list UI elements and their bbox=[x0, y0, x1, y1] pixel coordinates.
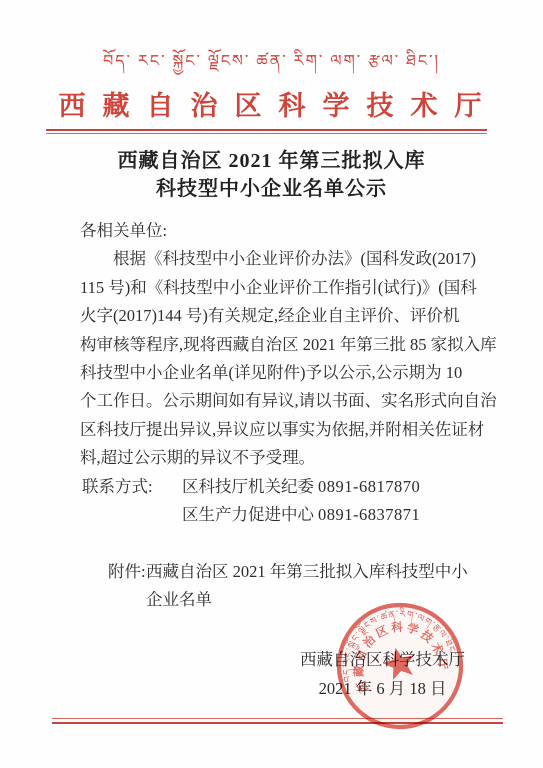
contact-row-1: 联系方式:区科技厅机关纪委0891-6817870 bbox=[80, 473, 480, 501]
signature-date: 2021 年 6 月 18 日 bbox=[300, 675, 465, 704]
body-line: 科技型中小企业名单(详见附件)予以公示,公示期为 10 bbox=[80, 359, 480, 387]
attachment-text: 西藏自治区 2021 年第三批拟入库科技型中小 企业名单 bbox=[146, 558, 468, 615]
document-title-line1: 西藏自治区 2021 年第三批拟入库 bbox=[0, 148, 543, 176]
body-line: 料,超过公示期的异议不予受理。 bbox=[80, 444, 480, 472]
contact-entry-name: 区科技厅机关纪委 bbox=[182, 473, 318, 501]
document-title: 西藏自治区 2021 年第三批拟入库 科技型中小企业名单公示 bbox=[0, 148, 543, 203]
attachment-text-line1: 西藏自治区 2021 年第三批拟入库科技型中小 bbox=[146, 558, 468, 586]
footer-rule-bottom bbox=[52, 722, 503, 724]
salutation: 各相关单位: bbox=[80, 217, 480, 245]
attachment-text-line2: 企业名单 bbox=[146, 586, 468, 614]
body-line: 构审核等程序,现将西藏自治区 2021 年第三批 85 家拟入库 bbox=[80, 331, 480, 359]
document-body: 各相关单位: 根据《科技型中小企业评价办法》(国科发政(2017) 115 号)… bbox=[80, 217, 480, 615]
spacer bbox=[80, 529, 480, 557]
letterhead-department-name: 西藏自治区科学技术厅 bbox=[0, 84, 543, 123]
document-title-line2: 科技型中小企业名单公示 bbox=[0, 176, 543, 204]
contact-entry-name: 区生产力促进中心 bbox=[182, 501, 318, 529]
signature-block: 西藏自治区科学技术厅 2021 年 6 月 18 日 bbox=[300, 646, 465, 703]
body-line: 115 号)和《科技型中小企业评价工作指引(试行)》(国科 bbox=[80, 274, 480, 302]
signature-department: 西藏自治区科学技术厅 bbox=[300, 646, 465, 675]
letterhead-tibetan-title: བོད་ རང་ སྐྱོང་ ལྗོངས་ ཚན་ རིག་ ལག་ རྩལ་… bbox=[0, 50, 543, 74]
body-line: 根据《科技型中小企业评价办法》(国科发政(2017) bbox=[80, 245, 480, 273]
official-document-page: བོད་ རང་ སྐྱོང་ ལྗོངས་ ཚན་ རིག་ ལག་ རྩལ་… bbox=[0, 0, 543, 768]
contact-entry-phone: 0891-6837871 bbox=[318, 501, 420, 529]
footer-rule-top bbox=[52, 718, 503, 719]
contact-entry-phone: 0891-6817870 bbox=[318, 473, 420, 501]
header-rule-bottom bbox=[46, 133, 487, 134]
body-line: 个工作日。公示期间如有异议,请以书面、实名形式向自治 bbox=[80, 387, 480, 415]
header-rule-top bbox=[46, 129, 487, 131]
body-line: 火字(2017)144 号)有关规定,经企业自主评价、评价机 bbox=[80, 302, 480, 330]
contact-label: 联系方式: bbox=[82, 473, 182, 501]
attachment-label: 附件: bbox=[108, 558, 146, 615]
body-line: 区科技厅提出异议,异议应以事实为依据,并附相关佐证材 bbox=[80, 416, 480, 444]
attachment: 附件: 西藏自治区 2021 年第三批拟入库科技型中小 企业名单 bbox=[80, 558, 480, 615]
contact-row-2: 区生产力促进中心0891-6837871 bbox=[80, 501, 480, 529]
